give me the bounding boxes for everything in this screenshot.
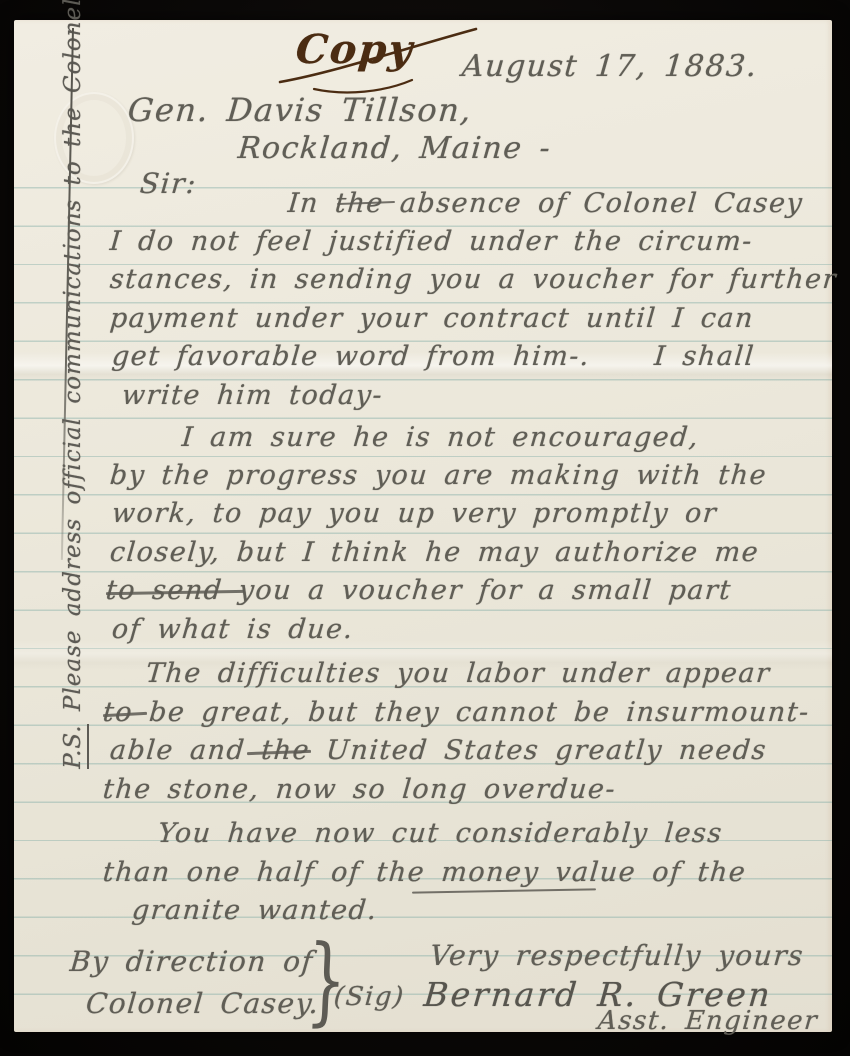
body-line: write him today- (121, 382, 385, 409)
copy-annotation: Copy (294, 30, 415, 70)
body-line: I am sure he is not encouraged, (181, 424, 700, 451)
sig-abbreviation: (Sig) (333, 984, 406, 1010)
body-line: able and the United States greatly needs (109, 737, 768, 764)
body-line: I do not feel justified under the circum… (109, 228, 754, 255)
by-direction-line: By direction of (69, 948, 315, 976)
by-direction-name: Colonel Casey. (85, 990, 321, 1018)
photographed-letter-page: P.S. Please address official communicati… (0, 0, 850, 1056)
body-line: closely, but I think he may authorize me (109, 539, 761, 566)
body-line: You have now cut considerably less (157, 820, 724, 847)
body-line: work, to pay you up very promptly or (111, 500, 719, 527)
body-line: by the progress you are making with the (109, 462, 768, 489)
body-line: than one half of the money value of the (102, 859, 748, 886)
recipient-place: Rockland, Maine - (237, 134, 553, 164)
body-line: The difficulties you labor under appear (145, 660, 772, 687)
body-line: granite wanted. (131, 897, 379, 924)
recipient-name: Gen. Davis Tillson, (127, 94, 474, 126)
ps-text: Please address official communications t… (60, 0, 86, 724)
date-line: August 17, 1883. (461, 52, 759, 82)
signer-title: Asst. Engineer (597, 1008, 819, 1034)
body-line: of what is due. (111, 616, 355, 643)
margin-postscript: P.S. Please address official communicati… (34, 22, 112, 822)
body-line: get favorable word from him-. I shall (111, 343, 756, 370)
body-line: the stone, now so long overdue- (102, 776, 618, 803)
body-line: In the absence of Colonel Casey (287, 190, 805, 217)
valediction: Very respectfully yours (429, 942, 806, 970)
body-line: payment under your contract until I can (109, 305, 755, 332)
ps-label: P.S. (60, 724, 89, 768)
body-line: to send you a voucher for a small part (105, 577, 733, 604)
salutation: Sir: (139, 170, 198, 198)
closing-brace: } (305, 932, 349, 1028)
body-line: to be great, but they cannot be insurmou… (102, 699, 811, 726)
body-line: stances, in sending you a voucher for fu… (109, 266, 838, 293)
